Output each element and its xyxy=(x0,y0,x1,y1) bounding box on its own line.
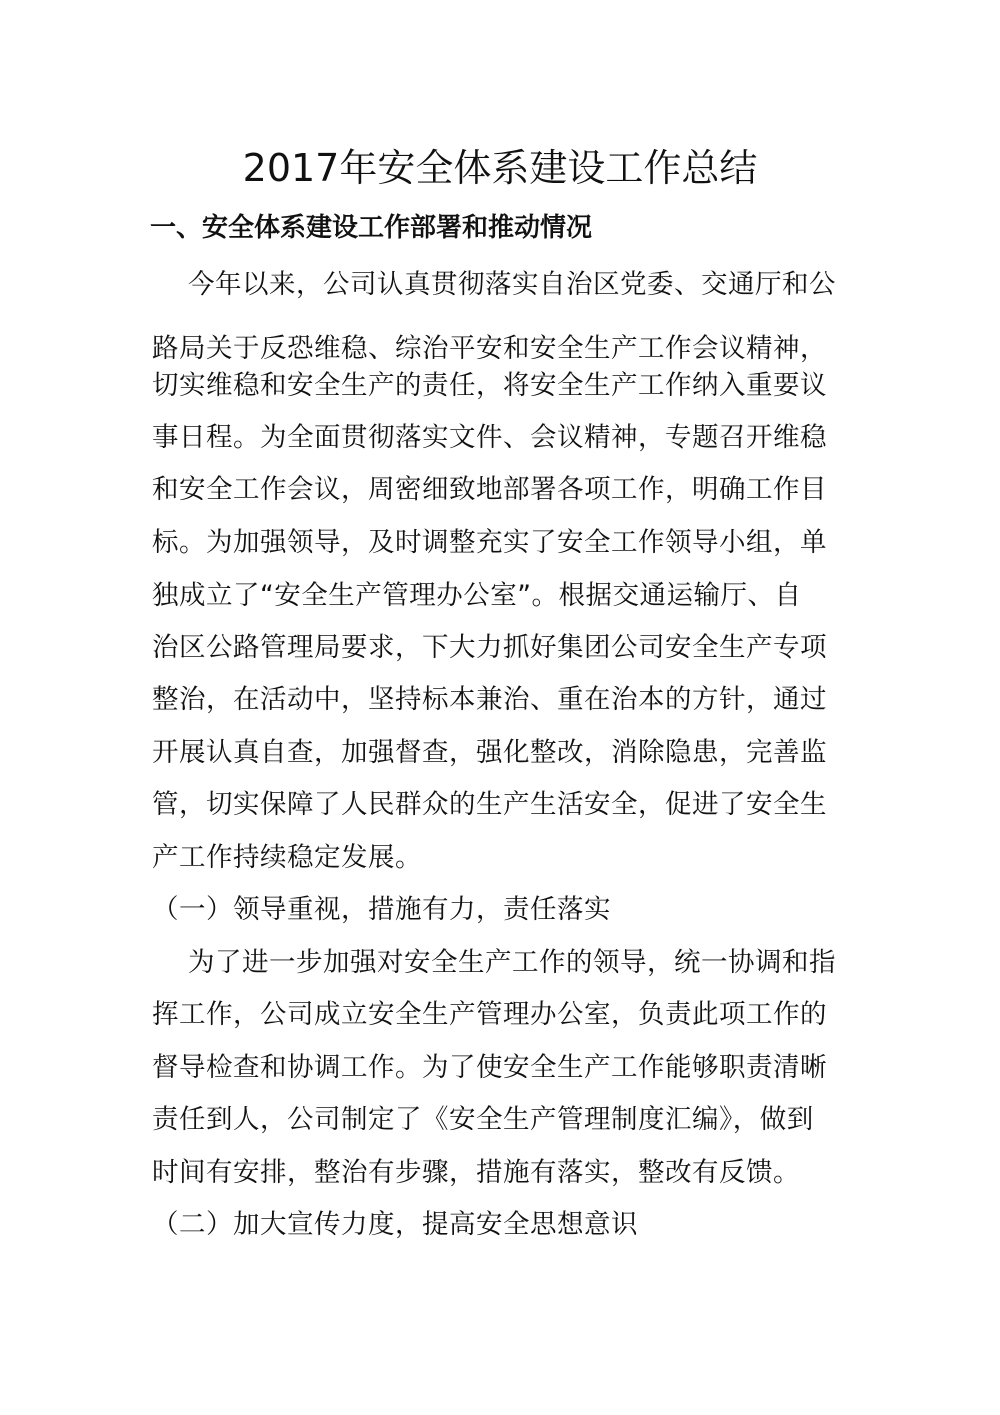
document-title: 2017年安全体系建设工作总结 xyxy=(0,140,1000,196)
paragraph-line: 时间有安排，整治有步骤，措施有落实，整改有反馈。 xyxy=(152,1153,852,1193)
paragraph-line: 责任到人，公司制定了《安全生产管理制度汇编》，做到 xyxy=(152,1100,852,1140)
paragraph-line: 和安全工作会议，周密细致地部署各项工作，明确工作目 xyxy=(152,470,852,510)
subsection-heading: （一）领导重视，措施有力，责任落实 xyxy=(152,890,852,930)
paragraph-line: 为了进一步加强对安全生产工作的领导，统一协调和指 xyxy=(188,943,888,983)
subsection-heading: （二）加大宣传力度，提高安全思想意识 xyxy=(152,1205,852,1245)
paragraph-line: 路局关于反恐维稳、综治平安和安全生产工作会议精神， xyxy=(152,329,852,369)
paragraph-line: 独成立了“安全生产管理办公室”。根据交通运输厅、自 xyxy=(152,576,852,616)
paragraph-line: 切实维稳和安全生产的责任，将安全生产工作纳入重要议 xyxy=(152,366,852,406)
paragraph-line: 事日程。为全面贯彻落实文件、会议精神，专题召开维稳 xyxy=(152,418,852,458)
paragraph-line: 督导检查和协调工作。为了使安全生产工作能够职责清晰 xyxy=(152,1048,852,1088)
paragraph-line: 管，切实保障了人民群众的生产生活安全，促进了安全生 xyxy=(152,785,852,825)
paragraph-line: 整治，在活动中，坚持标本兼治、重在治本的方针，通过 xyxy=(152,680,852,720)
section-heading: 一、安全体系建设工作部署和推动情况 xyxy=(150,208,592,248)
paragraph-line: 挥工作，公司成立安全生产管理办公室，负责此项工作的 xyxy=(152,995,852,1035)
paragraph-line: 产工作持续稳定发展。 xyxy=(152,838,852,878)
paragraph-line: 今年以来，公司认真贯彻落实自治区党委、交通厅和公 xyxy=(188,265,888,305)
paragraph-line: 标。为加强领导，及时调整充实了安全工作领导小组，单 xyxy=(152,523,852,563)
paragraph-line: 开展认真自查，加强督查，强化整改，消除隐患，完善监 xyxy=(152,733,852,773)
paragraph-line: 治区公路管理局要求，下大力抓好集团公司安全生产专项 xyxy=(152,628,852,668)
